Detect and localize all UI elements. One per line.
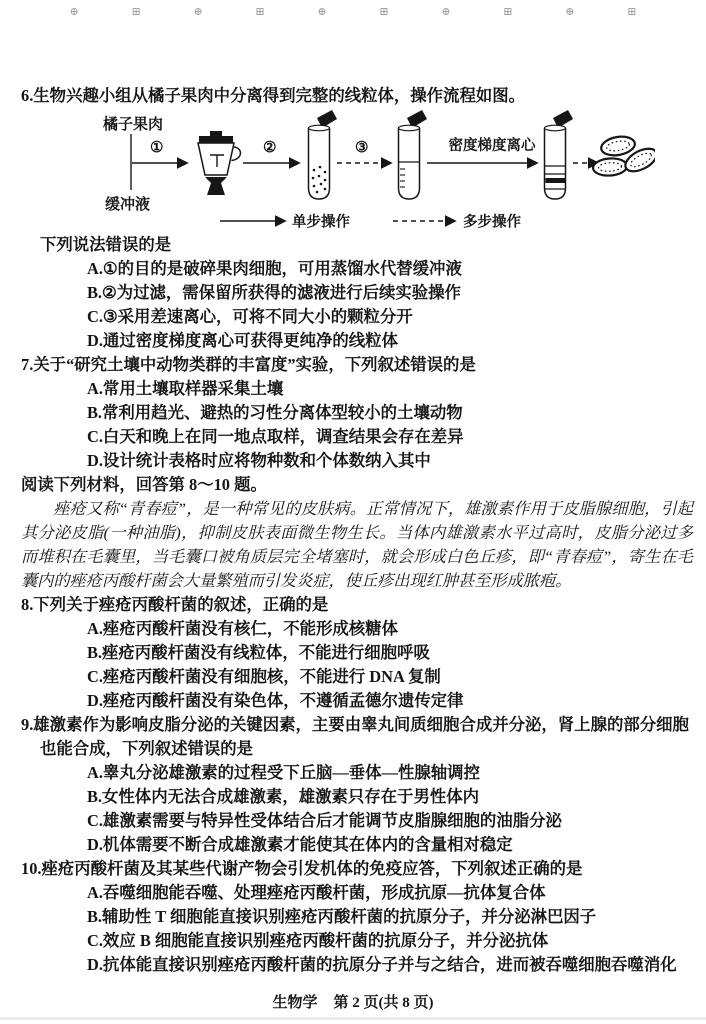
- reading-material: 阅读下列材料，回答第 8～10 题。 痤疮又称“青春痘”，是一种常见的皮肤病。正…: [21, 473, 693, 593]
- q9-option-c: C.雄激素需要与特异性受体结合后才能调节皮脂腺细胞的油脂分泌: [21, 809, 693, 833]
- question-9: 9.雄激素作为影响皮脂分泌的关键因素，主要由睾丸间质细胞合成并分泌，肾上腺的部分…: [21, 713, 693, 857]
- page-content: 6.生物兴趣小组从橘子果肉中分离得到完整的线粒体，操作流程如图。 橘子果肉 缓冲…: [21, 84, 693, 977]
- q8-option-a: A.痤疮丙酸杆菌没有核仁，不能形成核糖体: [21, 617, 693, 641]
- q8-option-c: C.痤疮丙酸杆菌没有细胞核，不能进行 DNA 复制: [21, 665, 693, 689]
- q7-option-a: A.常用土壤取样器采集土壤: [21, 377, 693, 401]
- q6-option-a: A.①的目的是破碎果肉细胞，可用蒸馏水代替缓冲液: [21, 257, 693, 281]
- question-10-stem: 10.痤疮丙酸杆菌及其某些代谢产物会引发机体的免疫应答，下列叙述正确的是: [21, 857, 693, 881]
- q8-option-b: B.痤疮丙酸杆菌没有线粒体，不能进行细胞呼吸: [21, 641, 693, 665]
- step1-circle-label: ①: [150, 140, 163, 156]
- q6-flow-diagram: 橘子果肉 缓冲液 ①: [95, 108, 693, 233]
- q10-option-b: B.辅助性 T 细胞能直接识别痤疮丙酸杆菌的抗原分子，并分泌淋巴因子: [21, 905, 693, 929]
- q7-option-d: D.设计统计表格时应将物种数和个体数纳入其中: [21, 449, 693, 473]
- legend-solid-label: 单步操作: [292, 213, 350, 231]
- step2-circle-label: ②: [263, 140, 276, 156]
- question-6: 6.生物兴趣小组从橘子果肉中分离得到完整的线粒体，操作流程如图。 橘子果肉 缓冲…: [21, 84, 693, 353]
- orange-pulp-label: 橘子果肉: [102, 115, 163, 133]
- test-tube-gradient-icon: [399, 110, 428, 199]
- reading-intro: 阅读下列材料，回答第 8～10 题。: [21, 473, 693, 497]
- q9-option-d: D.机体需要不断合成雄激素才能使其在体内的含量相对稳定: [21, 833, 693, 857]
- q9-option-a: A.睾丸分泌雄激素的过程受下丘脑—垂体—性腺轴调控: [21, 761, 693, 785]
- q7-option-c: C.白天和晚上在同一地点取样，调查结果会存在差异: [21, 425, 693, 449]
- q9-option-b: B.女性体内无法合成雄激素，雄激素只存在于男性体内: [21, 785, 693, 809]
- density-centrifugation-label: 密度梯度离心: [449, 136, 536, 154]
- q10-option-d: D.抗体能直接识别痤疮丙酸杆菌的抗原分子并与之结合，进而被吞噬细胞吞噬消化: [21, 953, 693, 977]
- q7-option-b: B.常利用趋光、避热的习性分离体型较小的土壤动物: [21, 401, 693, 425]
- question-7-stem: 7.关于“研究土壤中动物类群的丰富度”实验，下列叙述错误的是: [21, 353, 693, 377]
- buffer-label: 缓冲液: [105, 195, 150, 213]
- blender-icon: [198, 131, 240, 195]
- question-6-lead: 下列说法错误的是: [21, 233, 693, 257]
- scan-edge-shadow: [0, 1017, 706, 1020]
- mitochondria-isolation-diagram: 橘子果肉 缓冲液 ①: [95, 108, 655, 233]
- exam-paper-page: ⊕ ⊞ ⊕ ⊞ ⊕ ⊞ ⊕ ⊞ ⊕ ⊞ 6.生物兴趣小组从橘子果肉中分离得到完整…: [0, 0, 706, 1024]
- reading-paragraph: 痤疮又称“青春痘”，是一种常见的皮肤病。正常情况下，雄激素作用于皮脂腺细胞，引起…: [21, 497, 693, 593]
- mitochondria-icon: [592, 134, 655, 176]
- question-9-stem: 9.雄激素作为影响皮脂分泌的关键因素，主要由睾丸间质细胞合成并分泌，肾上腺的部分…: [21, 713, 693, 761]
- q6-option-b: B.②为过滤，需保留所获得的滤液进行后续实验操作: [21, 281, 693, 305]
- page-footer: 生物学第 2 页(共 8 页): [0, 991, 706, 1012]
- q8-option-d: D.痤疮丙酸杆菌没有染色体，不遵循孟德尔遗传定律: [21, 689, 693, 713]
- step3-circle-label: ③: [355, 140, 368, 156]
- question-8: 8.下列关于痤疮丙酸杆菌的叙述，正确的是 A.痤疮丙酸杆菌没有核仁，不能形成核糖…: [21, 593, 693, 713]
- registration-marks: ⊕ ⊞ ⊕ ⊞ ⊕ ⊞ ⊕ ⊞ ⊕ ⊞: [0, 5, 706, 18]
- footer-page-number: 第 2 页(共 8 页): [334, 995, 434, 1011]
- question-7: 7.关于“研究土壤中动物类群的丰富度”实验，下列叙述错误的是 A.常用土壤取样器…: [21, 353, 693, 473]
- question-8-stem: 8.下列关于痤疮丙酸杆菌的叙述，正确的是: [21, 593, 693, 617]
- q6-option-c: C.③采用差速离心，可将不同大小的颗粒分开: [21, 305, 693, 329]
- question-10: 10.痤疮丙酸杆菌及其某些代谢产物会引发机体的免疫应答，下列叙述正确的是 A.吞…: [21, 857, 693, 977]
- question-6-stem: 6.生物兴趣小组从橘子果肉中分离得到完整的线粒体，操作流程如图。: [21, 84, 693, 108]
- legend-dashed-label: 多步操作: [463, 213, 521, 231]
- q6-option-d: D.通过密度梯度离心可获得更纯净的线粒体: [21, 329, 693, 353]
- q10-option-c: C.效应 B 细胞能直接识别痤疮丙酸杆菌的抗原分子，并分泌抗体: [21, 929, 693, 953]
- test-tube-homogenate-icon: [309, 110, 338, 199]
- test-tube-banded-icon: [545, 110, 574, 199]
- footer-subject: 生物学: [272, 994, 317, 1011]
- q10-option-a: A.吞噬细胞能吞噬、处理痤疮丙酸杆菌，形成抗原—抗体复合体: [21, 881, 693, 905]
